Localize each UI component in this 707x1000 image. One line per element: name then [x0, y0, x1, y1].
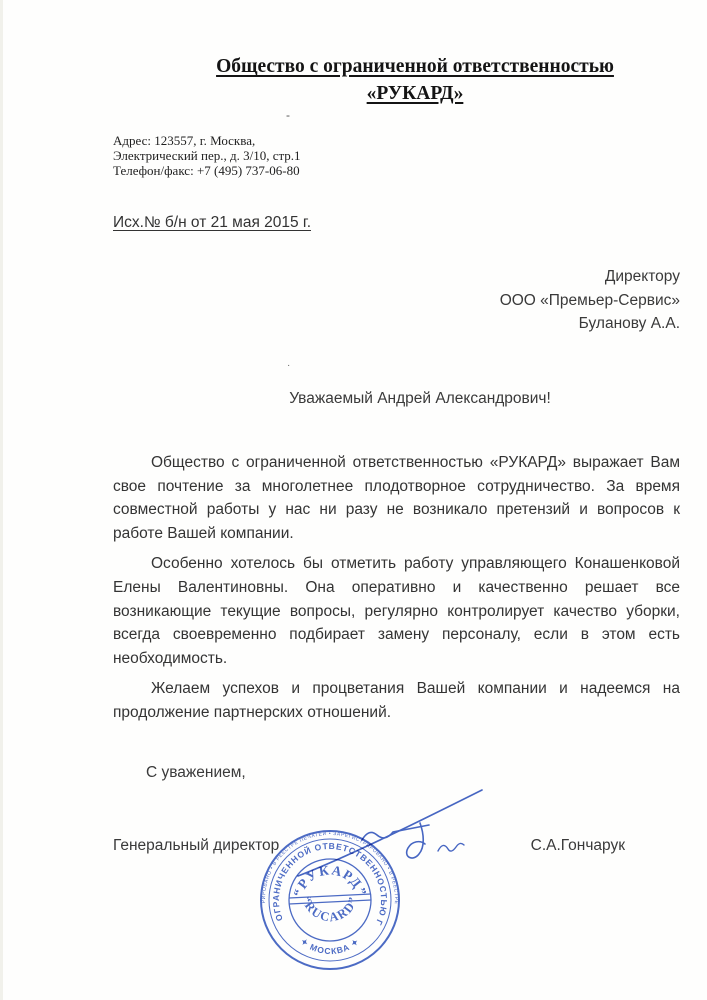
stamp-name-en: “RUCARD”: [299, 894, 361, 924]
closing-phrase: С уважением,: [146, 764, 246, 782]
recipient-line: ООО «Премьер-Сервис»: [500, 289, 680, 313]
body-paragraph: Общество с ограниченной ответственностью…: [113, 451, 680, 545]
organization-title-line2: «РУКАРД»: [123, 80, 707, 107]
scan-edge-artifact: [0, 0, 3, 1000]
sender-address-line: Адрес: 123557, г. Москва,: [113, 134, 301, 149]
salutation: Уважаемый Андрей Александрович!: [113, 390, 707, 408]
recipient-line: Буланову А.А.: [500, 312, 680, 336]
body-paragraph: Желаем успехов и процветания Вашей компа…: [113, 677, 680, 724]
recipient-line: Директору: [500, 265, 680, 289]
stray-mark: ·: [287, 361, 290, 371]
recipient-block: Директору ООО «Премьер-Сервис» Буланову …: [500, 265, 680, 336]
organization-title: Общество с ограниченной ответственностью…: [123, 53, 707, 107]
sender-address-line: Телефон/факс: +7 (495) 737-06-80: [113, 164, 301, 179]
letter-page: Общество с ограниченной ответственностью…: [0, 0, 707, 1000]
letter-body: Общество с ограниченной ответственностью…: [113, 451, 680, 732]
sender-address: Адрес: 123557, г. Москва, Электрический …: [113, 134, 301, 178]
signature-stroke: [438, 843, 464, 851]
sender-address-line: Электрический пер., д. 3/10, стр.1: [113, 149, 301, 164]
signature-stroke: [298, 790, 482, 876]
handwritten-signature: [290, 778, 490, 878]
stray-mark: -: [286, 110, 290, 120]
organization-title-line1: Общество с ограниченной ответственностью: [123, 53, 707, 80]
outgoing-reference: Исх.№ б/н от 21 мая 2015 г.: [113, 214, 311, 232]
signer-name: С.А.Гончарук: [531, 837, 625, 855]
body-paragraph: Особенно хотелось бы отметить работу упр…: [113, 552, 680, 670]
stamp-city-text: ✦ МОСКВА ✦: [299, 936, 362, 956]
